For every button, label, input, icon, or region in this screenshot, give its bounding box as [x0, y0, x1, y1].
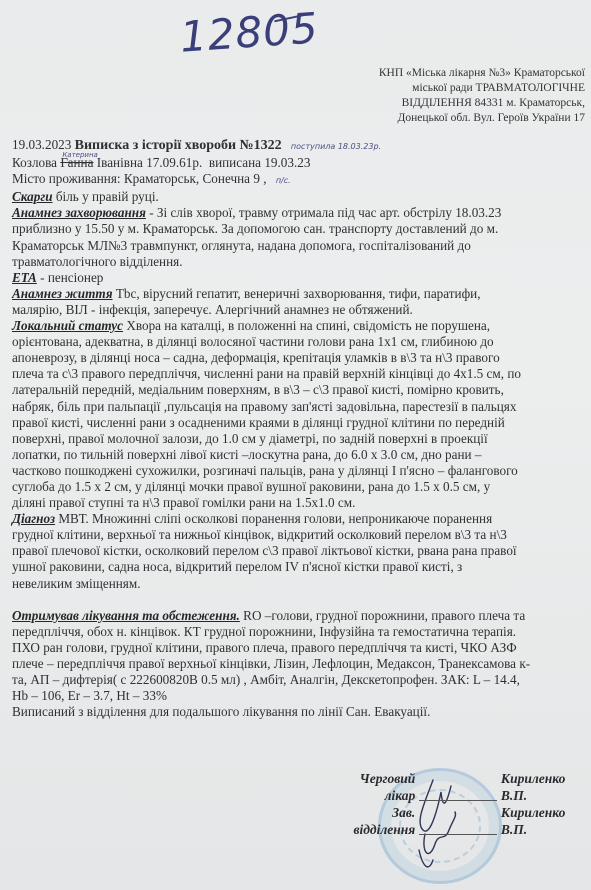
local-status-text: діляні правої ступні та н\3 правої гоміл… — [12, 495, 590, 511]
treatment-label: Отримував лікування та обстеження. — [12, 608, 240, 623]
local-status-text: суглоба до 1.5 х 2 см, у ділянці мочки п… — [12, 479, 590, 495]
complaints-label: Скарги — [12, 189, 53, 204]
anamnesis-morbi-line: Анамнез захворювання - Зі слів хворої, т… — [12, 205, 590, 221]
residence-label: Місто проживання: — [12, 171, 121, 186]
anamnesis-vitae-text: малярію, ВІЛ - інфекція, заперечує. Алер… — [12, 302, 590, 318]
hospital-header: КНП «Міська лікарня №3» Краматорської мі… — [315, 66, 585, 126]
complaints-value: біль у правій руці. — [56, 189, 159, 204]
signature-line — [419, 834, 497, 835]
patient-line: Козлова ГаннаКатерина Іванівна 17.09.61р… — [12, 155, 590, 171]
diagnosis-text: грудної клітини, верхньої та нижньої кін… — [12, 527, 590, 543]
signature-name: Кириленко В.П. — [501, 804, 590, 838]
local-status-text: правої кисті, численні рани з осадненими… — [12, 415, 590, 431]
diagnosis-text: невеликим зміщенням. — [12, 576, 590, 592]
patient-surname: Козлова — [12, 155, 57, 170]
treatment-text: передпліччя, обох н. кінцівок. КТ грудно… — [12, 624, 590, 640]
anamnesis-morbi-text: приблизно у 15.50 у м. Краматорськ. За д… — [12, 221, 590, 237]
signature-role: Черговий лікар — [330, 770, 415, 804]
signature-line — [419, 800, 497, 801]
treatment-text: Hb – 106, Er – 3.7, Ht – 33% — [12, 688, 590, 704]
patient-patronymic-birth: Іванівна 17.09.61р. — [97, 155, 203, 170]
local-status-text: орієнтована, адекватна, в ділянці волося… — [12, 334, 590, 350]
local-status-text: частково пошкоджені сухожилки, розгиначі… — [12, 463, 590, 479]
hospital-header-line: міської ради ТРАВМАТОЛОГІЧНЕ — [315, 81, 585, 96]
hospital-header-line: ВІДДІЛЕННЯ 84331 м. Краматорськ, — [315, 96, 585, 111]
anamnesis-morbi-text: Краматорськ МЛ№3 травмпункт, оглянута, н… — [12, 238, 590, 254]
document-body: 19.03.2023 Виписка з історії хвороби №13… — [12, 137, 590, 720]
admission-handwritten-note: поступила 18.03.23р. — [291, 142, 381, 151]
treatment-text: ПХО ран голови, грудної клітини, правого… — [12, 640, 590, 656]
patient-discharge-date: виписана 19.03.23 — [209, 155, 311, 170]
diagnosis-text: МВТ. Множинні сліпі осколкові поранення … — [55, 511, 492, 526]
spacer — [12, 592, 590, 608]
local-status-text: апоневрозу, в ділянці носа – садна, дефо… — [12, 350, 590, 366]
hospital-header-line: КНП «Міська лікарня №3» Краматорської — [315, 66, 585, 81]
diagnosis-line: Діагноз МВТ. Множинні сліпі осколкові по… — [12, 511, 590, 527]
treatment-line: Отримував лікування та обстеження. RO –г… — [12, 608, 590, 624]
handwritten-number: 12805 — [178, 3, 320, 62]
treatment-text: та, АП – дифтерія( с 222600820В 0.5 мл) … — [12, 672, 590, 688]
eta-label: ЕТА — [12, 270, 37, 285]
eta-line: ЕТА - пенсіонер — [12, 270, 590, 286]
title-line: 19.03.2023 Виписка з історії хвороби №13… — [12, 137, 590, 155]
diagnosis-label: Діагноз — [12, 511, 55, 526]
residence-value: Краматорськ, Сонечна 9 , — [124, 171, 267, 186]
local-status-text: лопатки, по тильній поверхні лівої кисті… — [12, 447, 590, 463]
discharge-document: 12805 КНП «Міська лікарня №3» Краматорсь… — [0, 0, 591, 890]
anamnesis-vitae-line: Анамнез життя Tbc, вірусний гепатит, вен… — [12, 286, 590, 302]
anamnesis-morbi-text: - Зі слів хворої, травму отримала під ча… — [146, 205, 501, 220]
treatment-text: RO –голови, грудної порожнини, правого п… — [240, 608, 525, 623]
local-status-line: Локальний статус Хвора на каталці, в пол… — [12, 318, 590, 334]
hospital-header-line: Донецької обл. Вул. Героїв України 17 — [315, 111, 585, 126]
anamnesis-morbi-text: травматологічного відділення. — [12, 254, 590, 270]
signature-row: Черговий лікар Кириленко В.П. — [330, 770, 590, 804]
local-status-text: поверхні, правої молочної залози, до 1.0… — [12, 431, 590, 447]
patient-first-name-struck: ГаннаКатерина — [60, 155, 93, 170]
signature-row: Зав. відділення Кириленко В.П. — [330, 804, 590, 838]
signature-name: Кириленко В.П. — [501, 770, 590, 804]
local-status-text: плеча та с\3 правого передпліччя, числен… — [12, 366, 590, 382]
discharge-note: Виписаний з відділення для подальшого лі… — [12, 704, 590, 720]
local-status-text: набряк, біль при пальпації ,пульсація на… — [12, 399, 590, 415]
anamnesis-vitae-text: Tbc, вірусний гепатит, венеричні захворю… — [113, 286, 481, 301]
complaints-line: Скарги біль у правій руці. — [12, 189, 590, 205]
diagnosis-text: правої плечової кістки, осколковий перел… — [12, 543, 590, 559]
anamnesis-vitae-label: Анамнез життя — [12, 286, 113, 301]
residence-handwritten: п/с. — [276, 176, 291, 185]
treatment-text: плече – передпліччя правої верхньої кінц… — [12, 656, 590, 672]
signature-role: Зав. відділення — [330, 804, 415, 838]
local-status-text: Хвора на каталці, в положенні на спині, … — [123, 318, 490, 333]
anamnesis-morbi-label: Анамнез захворювання — [12, 205, 146, 220]
local-status-text: латеральній передній, медіальним поверхн… — [12, 382, 590, 398]
signatures-block: Черговий лікар Кириленко В.П. Зав. відді… — [330, 770, 590, 838]
residence-line: Місто проживання: Краматорськ, Сонечна 9… — [12, 171, 590, 189]
local-status-label: Локальний статус — [12, 318, 123, 333]
eta-value: - пенсіонер — [37, 270, 104, 285]
diagnosis-text: ушної раковини, садна носа, відкритий пе… — [12, 559, 590, 575]
patient-first-name-handwritten: Катерина — [62, 147, 98, 163]
document-title: Виписка з історії хвороби №1322 — [75, 138, 282, 153]
